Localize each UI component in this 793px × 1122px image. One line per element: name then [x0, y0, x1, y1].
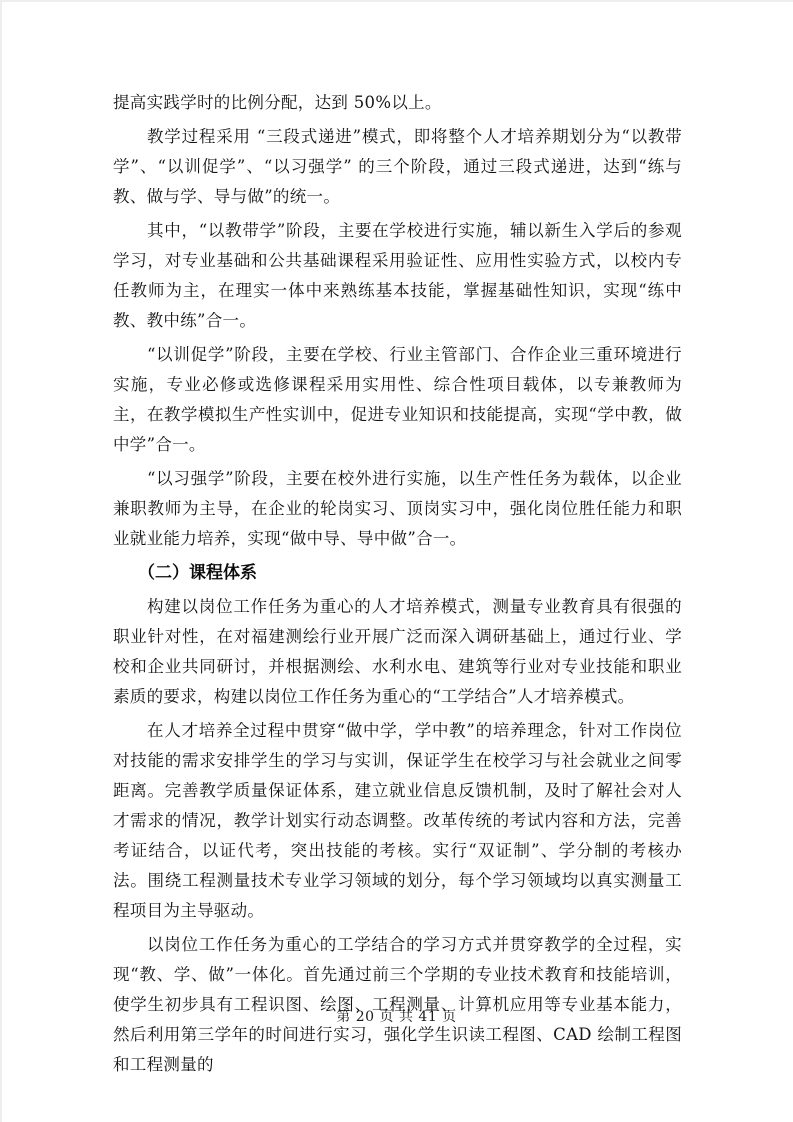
section-heading: （二）课程体系: [113, 558, 682, 588]
paragraph: 以岗位工作任务为重心的工学结合的学习方式并贯穿教学的全过程，实现“教、学、做”一…: [113, 930, 682, 1080]
paragraph: 其中，“以教带学”阶段，主要在学校进行实施，辅以新生入学后的参观学习，对专业基础…: [113, 216, 682, 336]
document-page: 提高实践学时的比例分配，达到 50%以上。 教学过程采用 “三段式递进”模式，即…: [0, 0, 793, 1122]
page-footer: 第 20 页 共 41 页: [0, 1006, 793, 1026]
document-body: 提高实践学时的比例分配，达到 50%以上。 教学过程采用 “三段式递进”模式，即…: [113, 88, 682, 1084]
paragraph: “以训促学”阶段，主要在学校、行业主管部门、合作企业三重环境进行实施，专业必修或…: [113, 340, 682, 460]
page-number: 第 20 页 共 41 页: [336, 1009, 456, 1025]
paragraph: 在人才培养全过程中贯穿“做中学，学中教”的培养理念，针对工作岗位对技能的需求安排…: [113, 716, 682, 926]
paragraph: 教学过程采用 “三段式递进”模式，即将整个人才培养期划分为“以教带学”、“以训促…: [113, 122, 682, 212]
paragraph-continuation: 提高实践学时的比例分配，达到 50%以上。: [113, 88, 682, 118]
paragraph: 构建以岗位工作任务为重心的人才培养模式，测量专业教育具有很强的职业针对性，在对福…: [113, 592, 682, 712]
paragraph: “以习强学”阶段，主要在校外进行实施，以生产性任务为载体，以企业兼职教师为主导，…: [113, 464, 682, 554]
